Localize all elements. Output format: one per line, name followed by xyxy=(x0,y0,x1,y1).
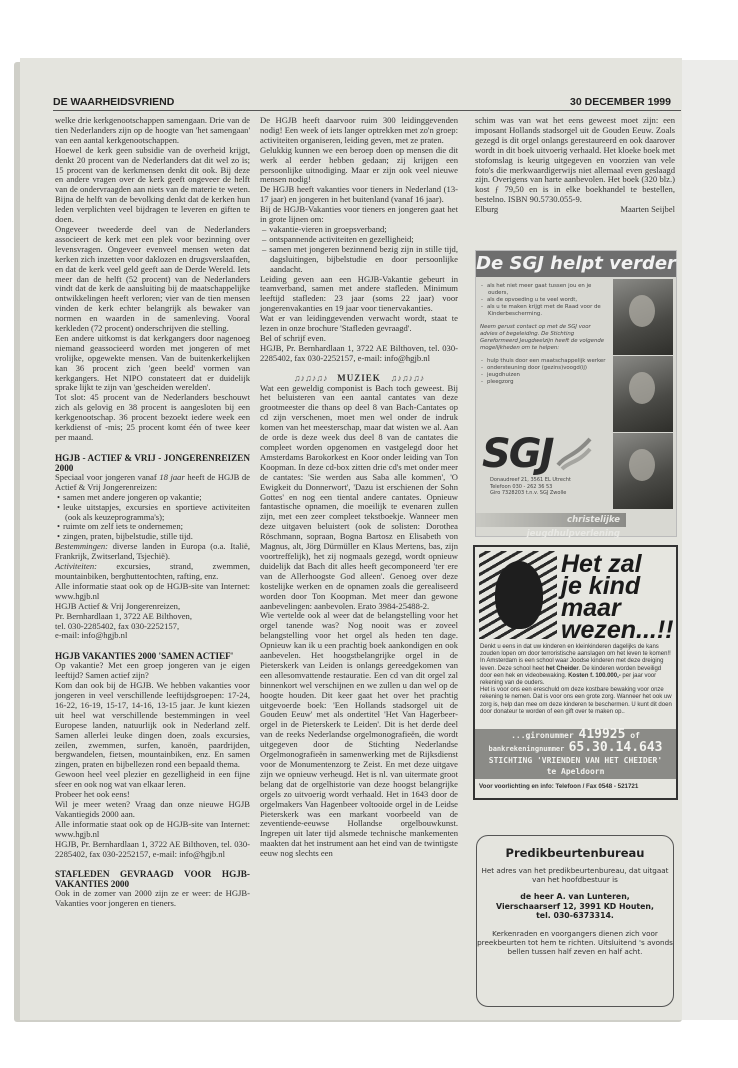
box-title: Predikbeurtenbureau xyxy=(477,846,673,860)
signoff-place: Elburg xyxy=(475,205,498,215)
paragraph: Activiteiten: excursies, strand, zwemmen… xyxy=(55,562,250,582)
paragraph: De HGJB heeft daarvoor ruim 300 leidingg… xyxy=(260,116,458,146)
paragraph: Speciaal voor jongeren vanaf 18 jaar hee… xyxy=(55,473,250,493)
ad-body: Denkt u eens in dat uw kinderen en klein… xyxy=(480,644,674,716)
paragraph: Een andere uitkomst is dat kerkgangers d… xyxy=(55,334,250,393)
list-item: samen met jongeren bezinnend bezig zijn … xyxy=(270,245,458,275)
photo-man xyxy=(613,433,673,509)
paragraph: Hoewel de kerk geen subsidie van de over… xyxy=(55,146,250,225)
bullet-list: samen met andere jongeren op vakantie; l… xyxy=(55,493,250,543)
list-item: ondersteuning door (gezins)voogd(ij) xyxy=(488,365,608,372)
paragraph: Wat er van leidinggevenden verwacht word… xyxy=(260,314,458,334)
paragraph: Bij de HGJB-Vakanties voor tieners en jo… xyxy=(260,205,458,225)
paragraph: Op vakantie? Met een groep jongeren van … xyxy=(55,661,250,681)
list-item: pleegzorg xyxy=(488,379,608,386)
address-line: Pr. Bernhardlaan 1, 3722 AE Bilthoven, xyxy=(55,612,250,622)
list-item: hulp thuis door een maatschappelijk werk… xyxy=(488,358,608,365)
publication-name: DE WAARHEIDSVRIEND xyxy=(53,96,174,108)
paragraph: Ook in de zomer van 2000 zijn ze er weer… xyxy=(55,889,250,909)
photo-child xyxy=(613,356,673,432)
paragraph: welke drie kerkgenootschappen samengaan.… xyxy=(55,116,250,146)
paragraph: HGJB, Pr. Bernhardlaan 1, 3722 AE Biltho… xyxy=(260,344,458,364)
cheider-advertisement: Het zal je kind maar wezen...!! Denkt u … xyxy=(473,545,678,800)
sgj-logo-swoosh-icon xyxy=(556,435,592,471)
child-head-icon xyxy=(495,561,543,629)
foundation-name: STICHTING 'VRIENDEN VAN HET CHEIDER' xyxy=(475,755,676,766)
paragraph: Leiding geven aan een HGJB-Vakantie gebe… xyxy=(260,275,458,315)
ad-photos xyxy=(613,279,673,509)
issue-date: 30 DECEMBER 1999 xyxy=(570,96,671,108)
list-item: als het niet meer gaat tussen jou en je … xyxy=(488,283,608,297)
foundation-city: te Apeldoorn xyxy=(475,766,676,777)
sgj-advertisement: De SGJ helpt verder als het niet meer ga… xyxy=(475,250,677,537)
photo-teen-boy xyxy=(613,279,673,355)
column-1: welke drie kerkgenootschappen samengaan.… xyxy=(55,116,250,909)
ad-intro: Neem gerust contact op met de SGJ voor a… xyxy=(480,324,608,352)
list-item: als de opvoeding u te veel wordt, xyxy=(488,297,608,304)
paragraph: Wie vertelde ook al weer dat de belangst… xyxy=(260,611,458,859)
ad-text: als het niet meer gaat tussen jou en je … xyxy=(480,283,608,386)
ad-tagline: christelijke jeugdhulpverlening xyxy=(476,513,626,527)
music-notes-ornament-icon: ♫♪♫♪♫♪ xyxy=(294,373,328,383)
list-item: jeugdhuizen xyxy=(488,372,608,379)
address-line: e-mail: info@hgjb.nl xyxy=(55,631,250,641)
list-item: leuke uitstapjes, excursies en sportieve… xyxy=(65,503,250,523)
sgj-logo: SGJ xyxy=(482,431,553,477)
article-signoff: Elburg Maarten Seijbel xyxy=(475,205,675,215)
predikbeurtenbureau-box: Predikbeurtenbureau Het adres van het pr… xyxy=(476,835,674,1007)
ad-title: De SGJ helpt verder xyxy=(476,251,676,277)
signoff-author: Maarten Seijbel xyxy=(620,205,675,215)
section-heading: HGJB - ACTIEF & VRIJ - JONGERENREIZEN 20… xyxy=(55,453,250,473)
paragraph: HGJB, Pr. Bernhardlaan 1, 3722 AE Biltho… xyxy=(55,840,250,860)
ad-contact-info: Voor voorlichting en info: Telefoon / Fa… xyxy=(479,783,638,790)
page-header: DE WAARHEIDSVRIEND 30 DECEMBER 1999 xyxy=(53,96,681,111)
paragraph: Wat een geweldig componist is Bach toch … xyxy=(260,384,458,612)
column-2: De HGJB heeft daarvoor ruim 300 leidingg… xyxy=(260,116,458,859)
donation-details: ...gironummer 419925 of bankrekeningnumm… xyxy=(475,729,676,779)
paragraph: Kom dan ook bij de HGJB. We hebben vakan… xyxy=(55,681,250,770)
dash-list: vakantie-vieren in groepsverband; ontspa… xyxy=(260,225,458,275)
paragraph: Gelukkig kunnen we een beroep doen op me… xyxy=(260,146,458,186)
box-address: de heer A. van Lunteren, Vierschaarserf … xyxy=(477,892,673,921)
child-silhouette-image xyxy=(479,551,557,639)
paragraph: Alle informatie staat ook op de HGJB-sit… xyxy=(55,820,250,840)
adjacent-page-edge xyxy=(682,60,738,1020)
bank-number: 65.30.14.643 xyxy=(569,740,663,755)
paragraph: Bestemmingen: diverse landen in Europa (… xyxy=(55,542,250,562)
paragraph: Ongeveer tweederde deel van de Nederland… xyxy=(55,225,250,334)
ad-address: Donaudreef 21, 3561 EL Utrecht Telefoon … xyxy=(490,477,571,497)
paragraph: Wil je meer weten? Vraag dan onze nieuwe… xyxy=(55,800,250,820)
column-3: schim was van wat het eens geweest moet … xyxy=(475,116,675,215)
paragraph: schim was van wat het eens geweest moet … xyxy=(475,116,675,205)
box-intro: Het adres van het predikbeurtenbureau, d… xyxy=(477,866,673,884)
paragraph: De HGJB heeft vakanties voor tieners in … xyxy=(260,185,458,205)
section-heading: STAFLEDEN GEVRAAGD VOOR HGJB-VAKANTIES 2… xyxy=(55,869,250,889)
list-item: als u te maken krijgt met de Raad voor d… xyxy=(488,304,608,318)
music-notes-ornament-icon: ♫♪♫♪♫♪ xyxy=(391,373,425,383)
box-outro: Kerkenraden en voorgangers dienen zich v… xyxy=(477,929,673,956)
paragraph: Tot slot: 45 procent van de Nederlanders… xyxy=(55,393,250,443)
ad-title: Het zal je kind maar wezen...!! xyxy=(561,553,674,641)
paragraph: Alle informatie staat ook op de HGJB-sit… xyxy=(55,582,250,602)
paragraph: Gewoon heel veel plezier en gezelligheid… xyxy=(55,770,250,790)
